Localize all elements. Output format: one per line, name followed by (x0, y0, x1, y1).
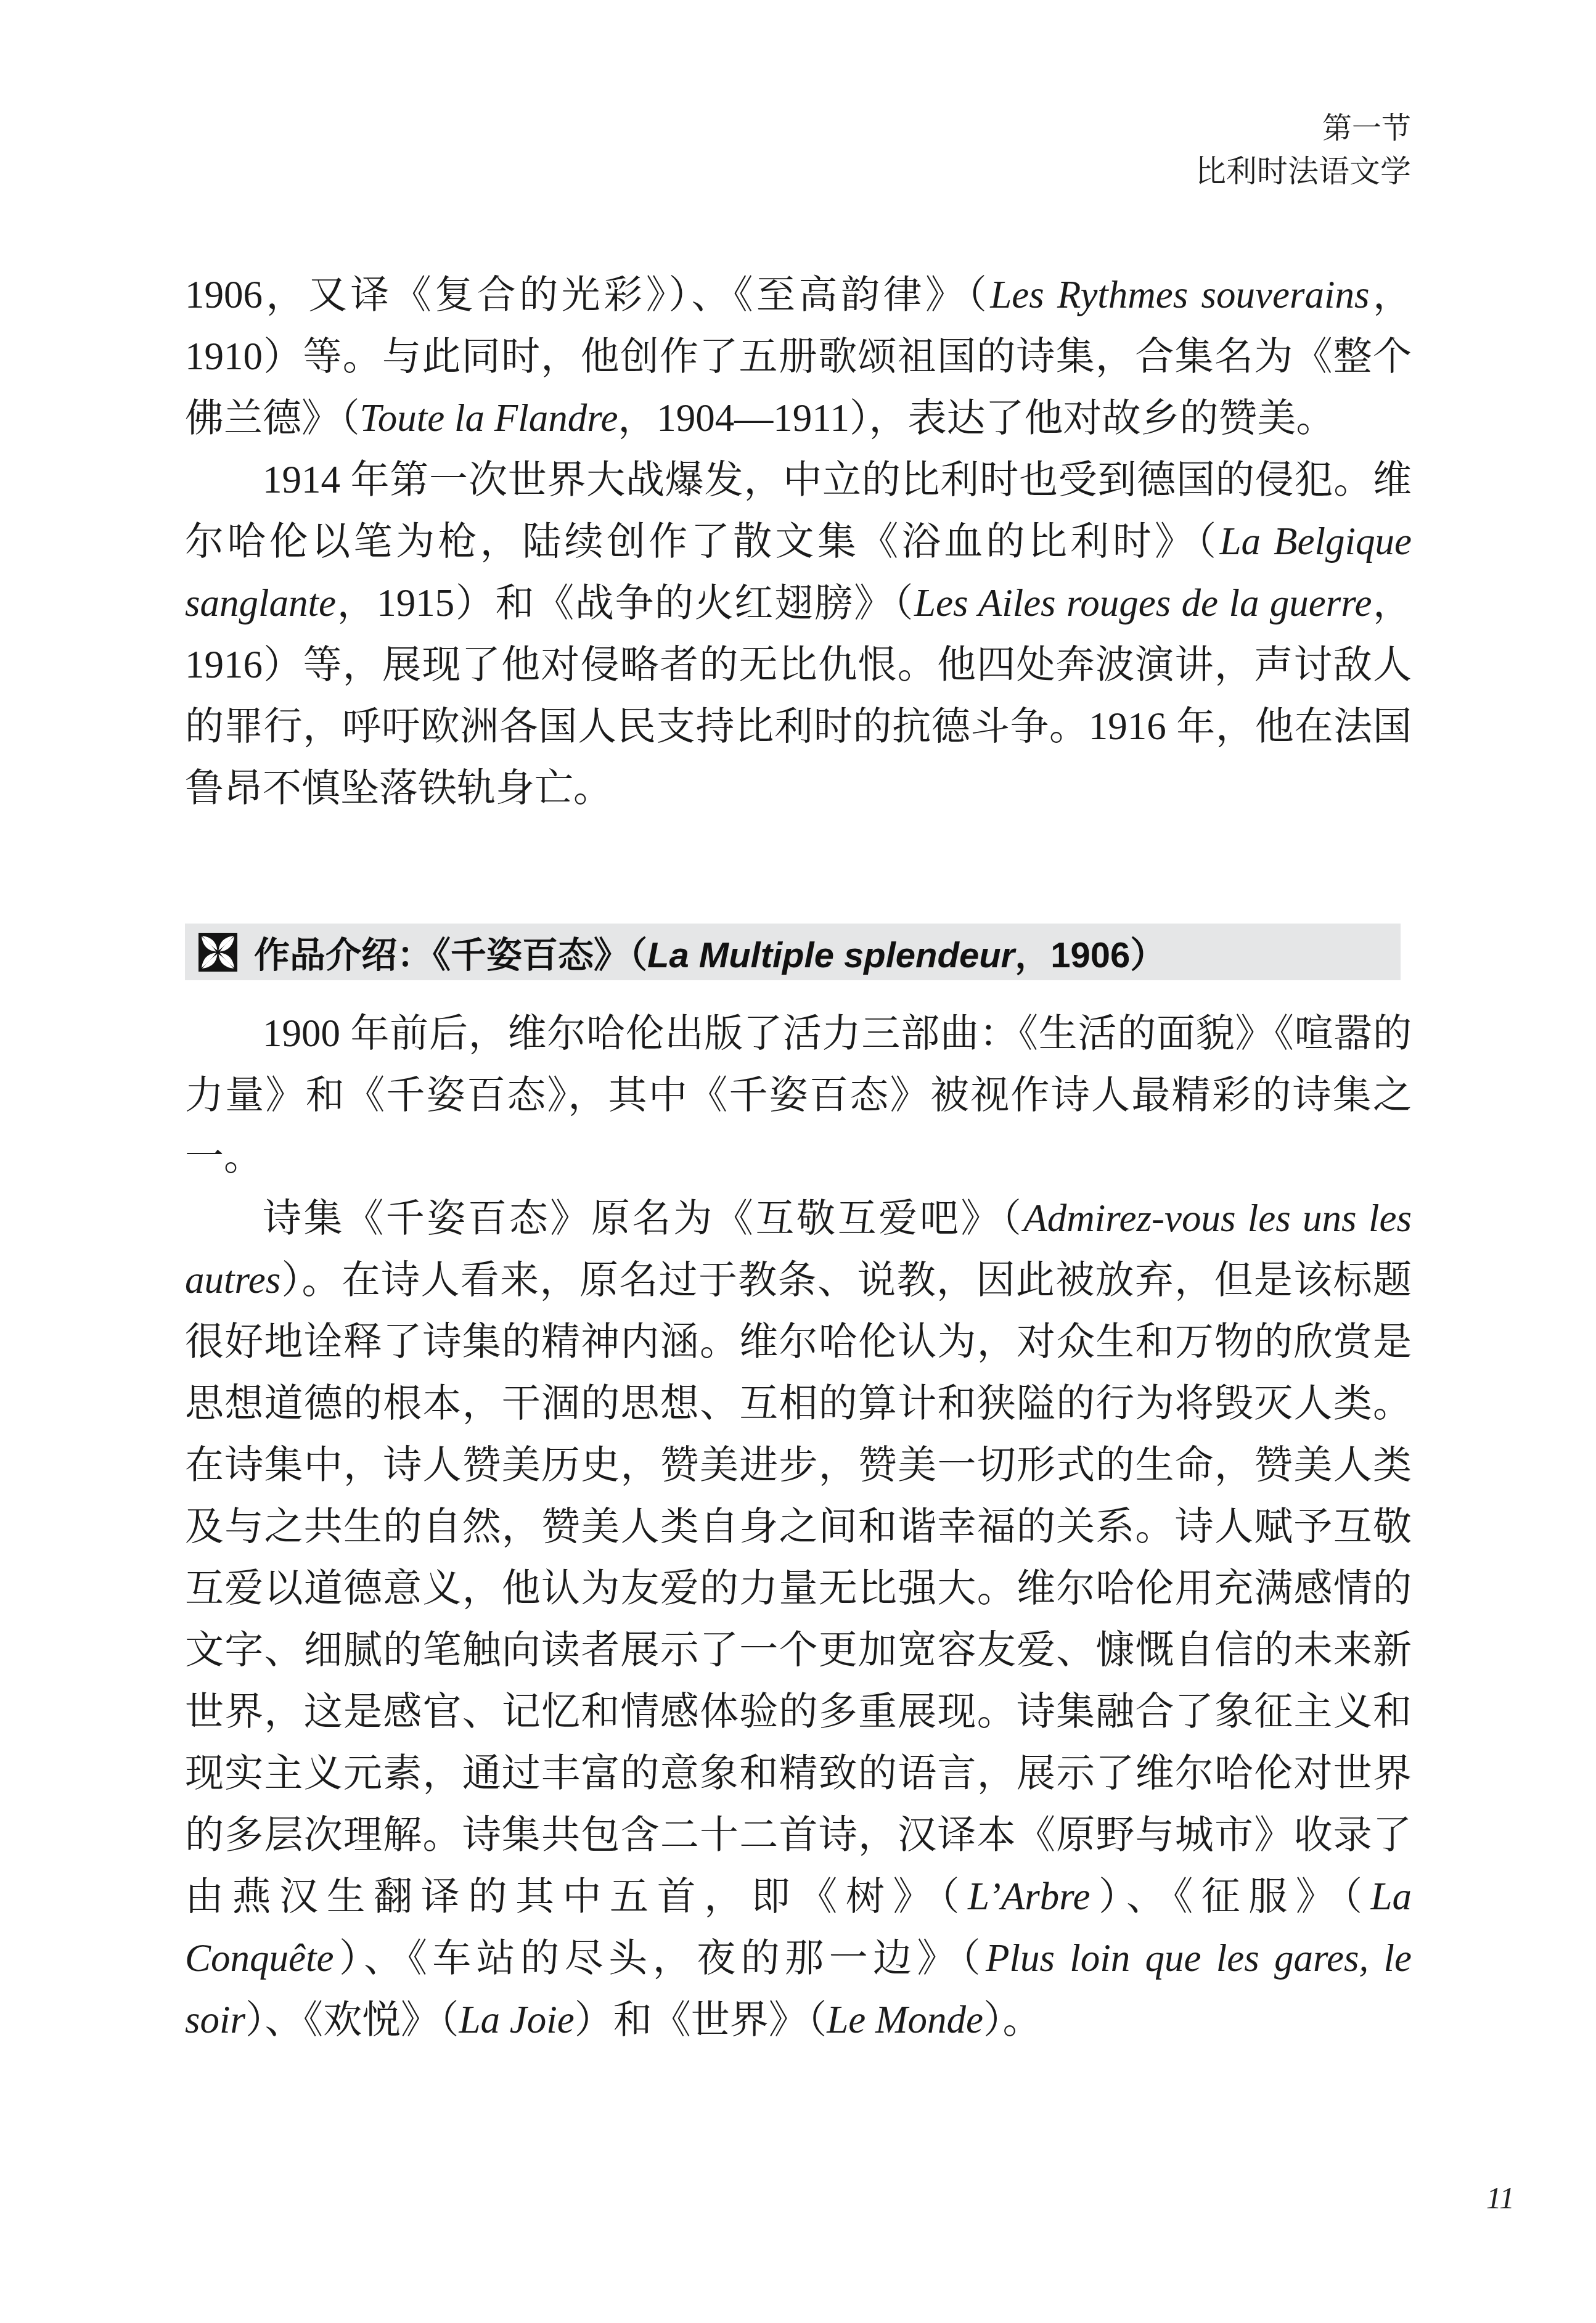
running-head: 第一节 比利时法语文学 (1195, 110, 1411, 191)
text-run: 1900 年前后，维尔哈伦出版了活力三部曲：《生活的面貌》《喧嚣的力量》和《千姿… (185, 1012, 1412, 1178)
text-run: ，1915）和《战争的火红翅膀》（ (336, 581, 914, 625)
text-run: ，1906） (1015, 935, 1166, 975)
text-run: 作品介绍：《千姿百态》（ (254, 935, 647, 975)
page-content: 1906，又译《复合的光彩》）、《至高韵律》（Les Rythmes souve… (185, 264, 1412, 2051)
text-run: ，1904—1911），表达了他对故乡的赞美。 (618, 396, 1335, 440)
french-title-run: Les Ailes rouges de la guerre (914, 581, 1372, 625)
section-heading-bar: 作品介绍：《千姿百态》（La Multiple splendeur，1906） (185, 924, 1401, 980)
french-title-run: La Joie (459, 1998, 575, 2041)
floral-ornament-icon (198, 933, 237, 972)
text-run: 1906，又译《复合的光彩》）、《至高韵律》（ (185, 273, 990, 316)
text-run: ）。 (983, 1998, 1042, 2041)
body-paragraph: 1900 年前后，维尔哈伦出版了活力三部曲：《生活的面貌》《喧嚣的力量》和《千姿… (185, 1002, 1412, 1187)
text-run: ）、《欢悦》（ (245, 1998, 459, 2041)
french-title-run: Les Rythmes souverains (990, 273, 1369, 316)
body-paragraph: 1906，又译《复合的光彩》）、《至高韵律》（Les Rythmes souve… (185, 264, 1412, 449)
section-number: 第一节 (1195, 110, 1411, 148)
text-run: ）、《车站的尽头，夜的那一边》（ (334, 1936, 986, 1980)
french-title-run: Le Monde (827, 1998, 983, 2041)
text-run: ）、《征服》（ (1090, 1875, 1370, 1918)
book-page: 第一节 比利时法语文学 1906，又译《复合的光彩》）、《至高韵律》（Les R… (0, 0, 1596, 2323)
french-title-run: La Multiple splendeur (647, 935, 1015, 975)
body-paragraph: 诗集《千姿百态》原名为《互敬互爱吧》（Admirez-vous les uns … (185, 1187, 1412, 2051)
french-title-run: L’Arbre (968, 1875, 1090, 1918)
page-number: 11 (1486, 2180, 1515, 2216)
body-paragraph: 1914 年第一次世界大战爆发，中立的比利时也受到德国的侵犯。维尔哈伦以笔为枪，… (185, 449, 1412, 819)
chapter-title: 比利时法语文学 (1195, 152, 1411, 191)
text-run: 诗集《千姿百态》原名为《互敬互爱吧》（ (263, 1197, 1023, 1240)
text-run: ）和《世界》（ (575, 1998, 827, 2041)
section-heading-title: 作品介绍：《千姿百态》（La Multiple splendeur，1906） (254, 926, 1166, 978)
french-title-run: Toute la Flandre (360, 396, 618, 440)
text-run: ）。在诗人看来，原名过于教条、说教，因此被放弃，但是该标题很好地诠释了诗集的精神… (185, 1258, 1412, 1918)
